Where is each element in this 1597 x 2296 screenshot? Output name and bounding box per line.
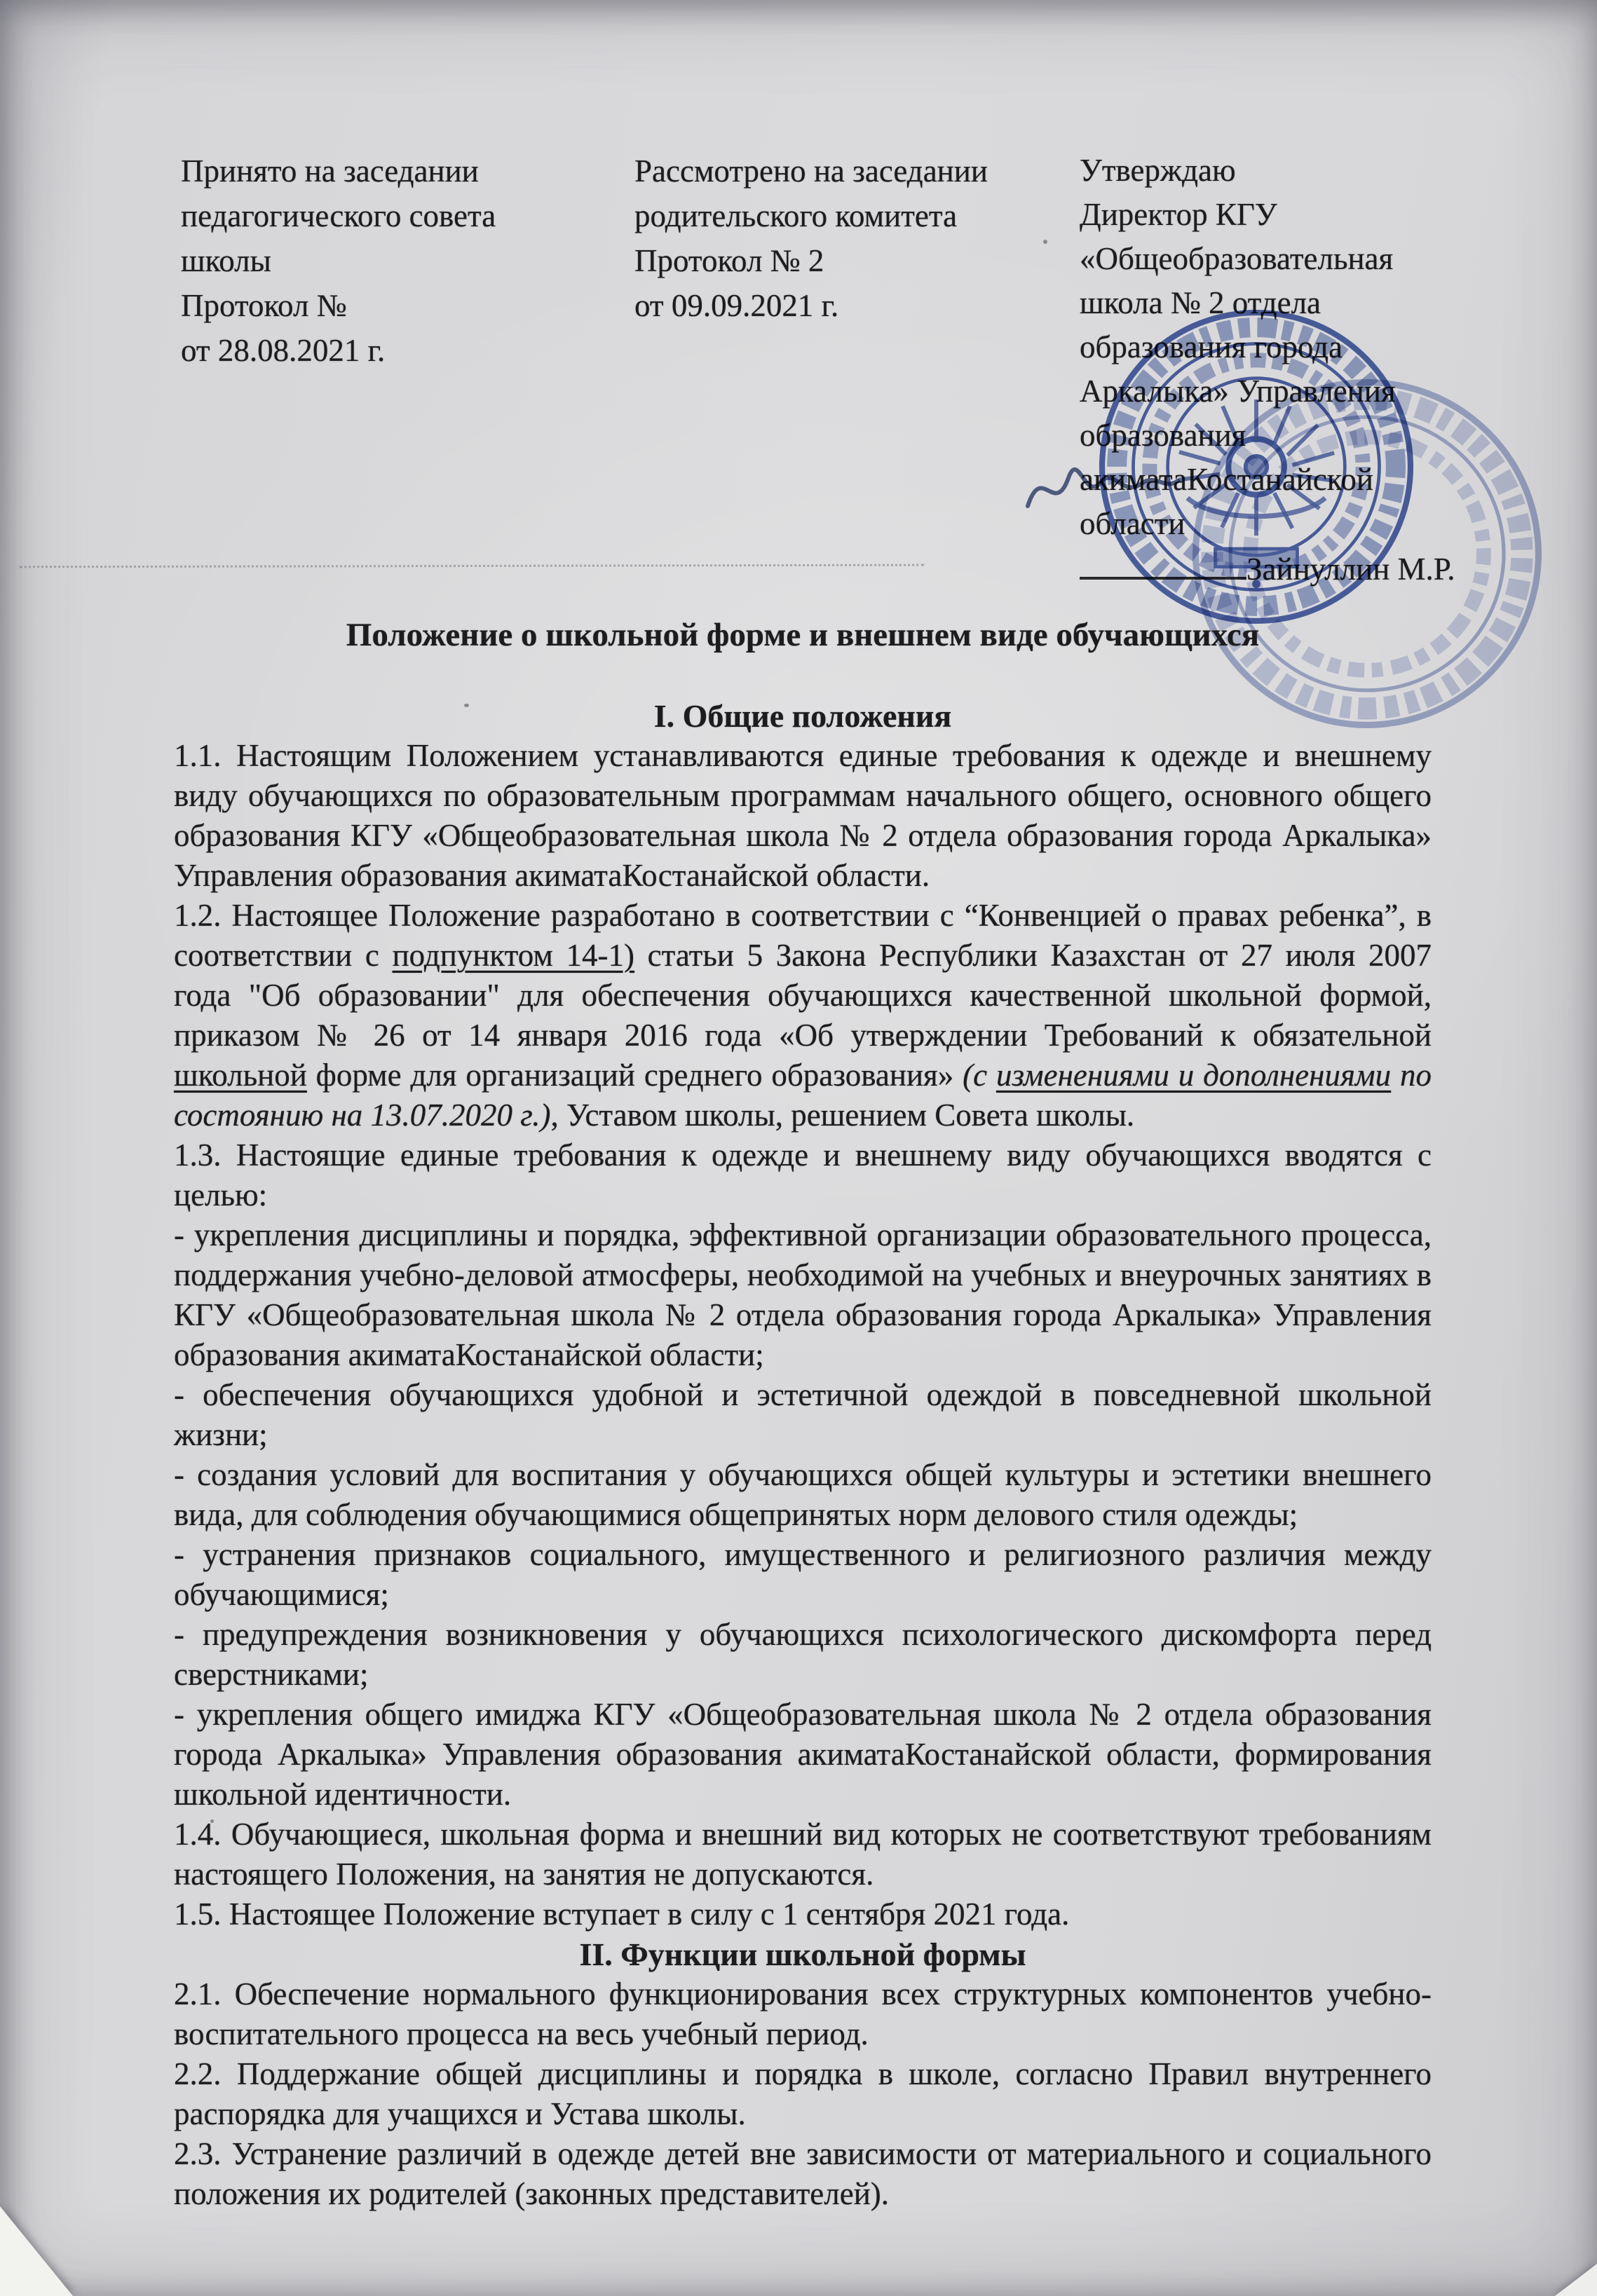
director-name: Зайнуллин М.Р. — [1246, 552, 1455, 587]
link-amendments: изменениями и дополнениями — [996, 1058, 1391, 1093]
approval-line: Принято на заседании — [181, 149, 630, 193]
paper-corner-bottom-left — [0, 2206, 73, 2296]
dust-speck — [210, 1819, 214, 1823]
clause-1-3-bullet-3: - создания условий для воспитания у обуч… — [174, 1455, 1432, 1535]
approval-block-parent-committee: Рассмотрено на заседании родительского к… — [634, 149, 1076, 328]
signature-row: Зайнуллин М.Р. — [1080, 547, 1486, 592]
approval-line: Рассмотрено на заседании — [634, 149, 1076, 193]
clause-2-2: 2.2. Поддержание общей дисциплины и поря… — [174, 2054, 1432, 2134]
approval-line: «Общеобразовательная — [1080, 237, 1486, 281]
clause-1-4: 1.4. Обучающиеся, школьная форма и внешн… — [174, 1815, 1432, 1894]
clause-1-3: 1.3. Настоящие единые требования к одежд… — [174, 1135, 1432, 1215]
approval-line: Протокол № 2 — [634, 238, 1076, 283]
approval-line: педагогического совета — [181, 193, 630, 238]
approval-line: Протокол № — [181, 283, 630, 328]
dust-speck — [1043, 240, 1047, 244]
approval-line: Аркалыка» Управления — [1080, 369, 1486, 414]
approval-line: школы — [181, 238, 630, 283]
document-body: Положение о школьной форме и внешнем вид… — [174, 615, 1432, 2214]
clause-1-3-bullet-5: - предупреждения возникновения у обучающ… — [174, 1615, 1432, 1695]
clause-1-1: 1.1. Настоящим Положением устанавливаютс… — [174, 736, 1432, 896]
link-subpoint-14-1: подпунктом 14-1) — [393, 938, 634, 973]
approval-line: от 28.08.2021 г. — [181, 328, 630, 373]
director-signature — [1018, 442, 1186, 533]
clause-1-3-bullet-2: - обеспечения обучающихся удобной и эсте… — [174, 1375, 1432, 1455]
section-2-heading: II. Функции школьной формы — [174, 1934, 1432, 1974]
clause-1-2: 1.2. Настоящее Положение разработано в с… — [174, 896, 1432, 1135]
approval-block-pedagogical-council: Принято на заседании педагогического сов… — [181, 149, 630, 373]
scanned-document-page: Принято на заседании педагогического сов… — [0, 0, 1597, 2296]
scan-artifact-line — [20, 564, 924, 568]
approval-line: от 09.09.2021 г. — [634, 283, 1076, 328]
clause-1-3-bullet-4: - устранения признаков социального, имущ… — [174, 1535, 1432, 1615]
approval-line: Утверждаю — [1080, 149, 1486, 193]
approval-line: образования города — [1080, 325, 1486, 369]
approval-line: Директор КГУ — [1080, 193, 1486, 237]
signature-blank-line — [1080, 549, 1246, 580]
approval-line: школа № 2 отдела — [1080, 281, 1486, 325]
approval-line: родительского комитета — [634, 193, 1076, 238]
clause-1-3-bullet-6: - укрепления общего имиджа КГУ «Общеобра… — [174, 1695, 1432, 1815]
section-1-heading: I. Общие положения — [174, 696, 1432, 736]
clause-2-1: 2.1. Обеспечение нормального функциониро… — [174, 1974, 1432, 2054]
clause-1-3-bullet-1: - укрепления дисциплины и порядка, эффек… — [174, 1215, 1432, 1375]
paper-corner-bottom-right — [1555, 2264, 1597, 2296]
dust-speck — [464, 704, 469, 707]
document-title: Положение о школьной форме и внешнем вид… — [174, 615, 1432, 655]
clause-1-5: 1.5. Настоящее Положение вступает в силу… — [174, 1894, 1432, 1934]
clause-2-3: 2.3. Устранение различий в одежде детей … — [174, 2134, 1432, 2214]
